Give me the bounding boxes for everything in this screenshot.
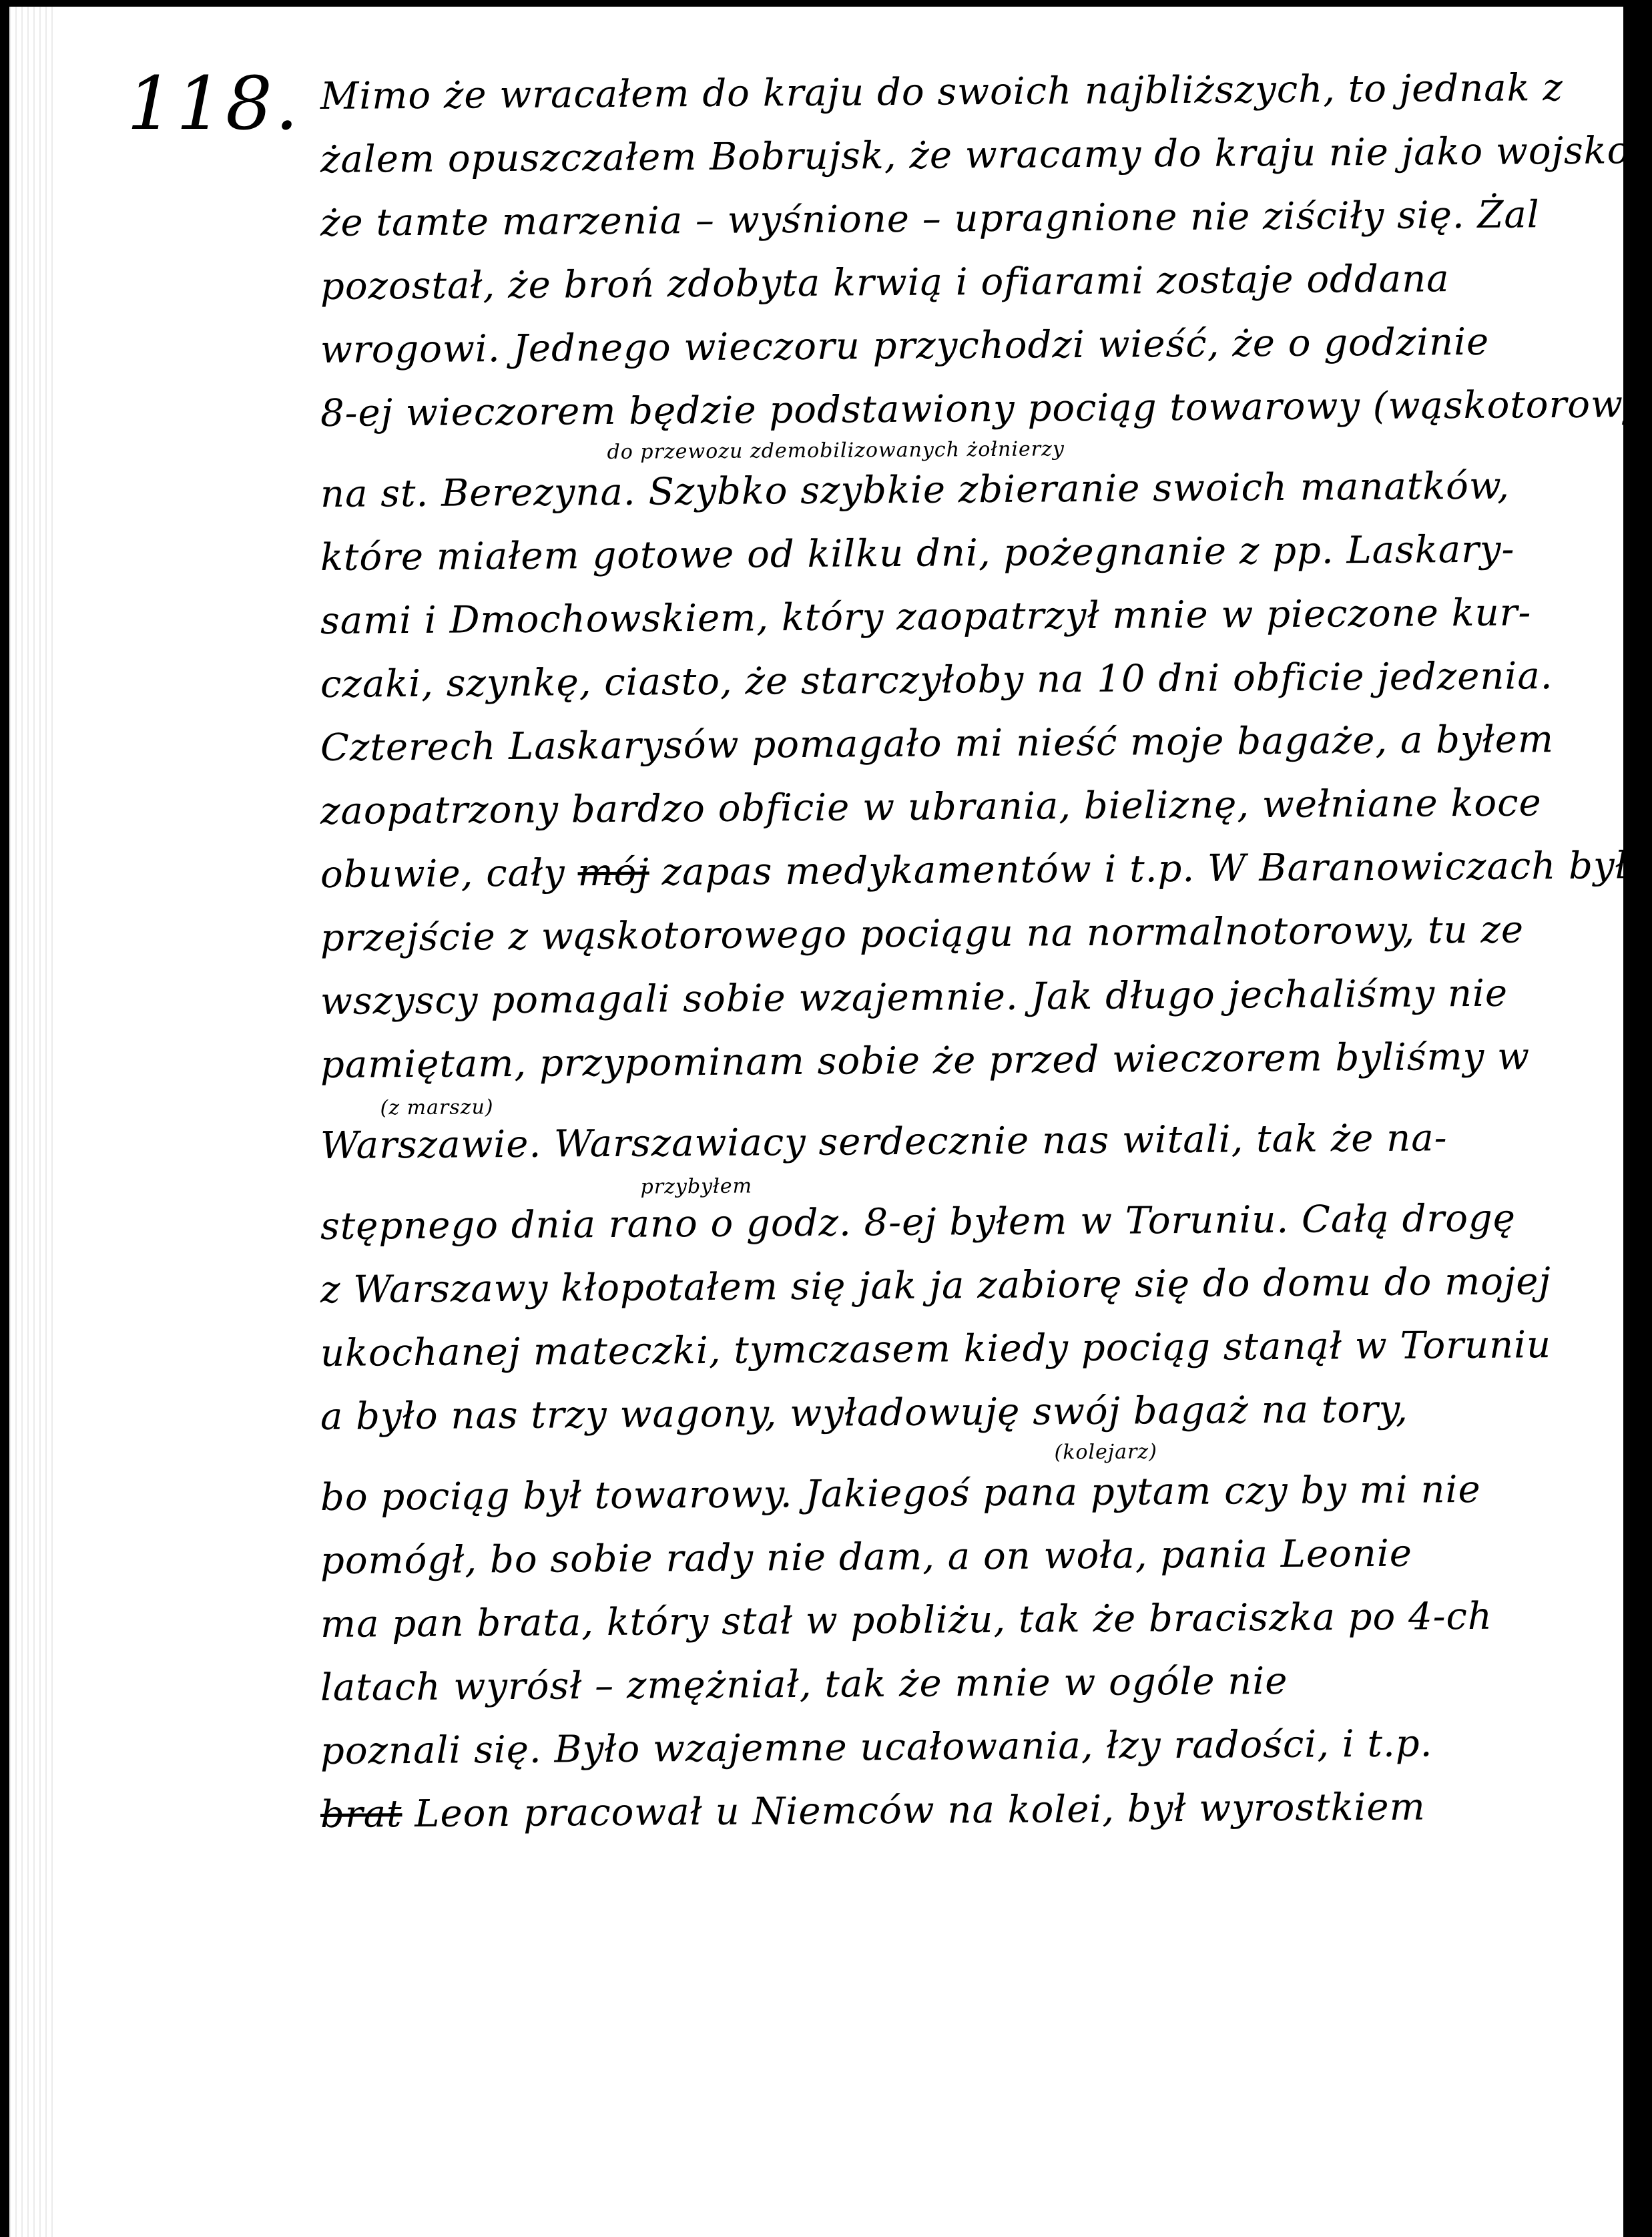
manuscript-line-annotated: przybyłem stępnego dnia rano o godz. 8-e…: [320, 1188, 1609, 1258]
manuscript-line-text: bo pociąg był towarowy. Jakiegoś pana py…: [320, 1468, 1481, 1519]
manuscript-line: pamiętam, przypominam sobie że przed wie…: [320, 1027, 1609, 1096]
manuscript-line: zaopatrzony bardzo obficie w ubrania, bi…: [320, 773, 1609, 842]
manuscript-line: ma pan brata, który stał w pobliżu, tak …: [320, 1586, 1609, 1656]
manuscript-line: Czterech Laskarysów pomagało mi nieść mo…: [320, 710, 1609, 779]
manuscript-line: pozostał, że broń zdobyta krwią i ofiara…: [320, 248, 1609, 318]
scan-border-top: [0, 0, 1652, 7]
manuscript-line: żalem opuszczałem Bobrujsk, że wracamy d…: [320, 121, 1609, 191]
manuscript-line: obuwie, cały mój zapas medykamentów i t.…: [320, 836, 1609, 906]
manuscript-line: przejście z wąskotorowego pociągu na nor…: [320, 900, 1609, 969]
manuscript-line: a było nas trzy wagony, wyładowuję swój …: [320, 1379, 1609, 1448]
manuscript-line: które miałem gotowe od kilku dni, pożegn…: [320, 519, 1609, 589]
manuscript-line: z Warszawy kłopotałem się jak ja zabiorę…: [320, 1252, 1609, 1321]
interlinear-annotation: do przewozu zdemobilizowanych żołnierzy: [607, 439, 1064, 463]
manuscript-line-text: stępnego dnia rano o godz. 8-ej byłem w …: [320, 1196, 1516, 1248]
manuscript-line-text: Warszawie. Warszawiacy serdecznie nas wi…: [320, 1116, 1448, 1168]
manuscript-line: ukochanej mateczki, tymczasem kiedy poci…: [320, 1315, 1609, 1385]
manuscript-line: że tamte marzenia – wyśnione – upragnion…: [320, 185, 1609, 254]
interlinear-annotation: (z marszu): [380, 1097, 493, 1118]
manuscript-line: 8-ej wieczorem będzie podstawiony pociąg…: [320, 375, 1609, 445]
manuscript-text: Mimo że wracałem do kraju do swoich najb…: [320, 67, 1609, 1848]
struck-word: brat: [320, 1792, 402, 1836]
manuscript-line-annotated: do przewozu zdemobilizowanych żołnierzy …: [320, 456, 1609, 525]
manuscript-line: wrogowi. Jednego wieczoru przychodzi wie…: [320, 312, 1609, 381]
page-number: 118.: [127, 67, 301, 140]
manuscript-line-text: na st. Berezyna. Szybko szybkie zbierani…: [320, 465, 1510, 516]
manuscript-line: Mimo że wracałem do kraju do swoich najb…: [320, 58, 1609, 128]
manuscript-line: brat Leon pracował u Niemców na kolei, b…: [320, 1776, 1609, 1846]
manuscript-line: sami i Dmochowskiem, który zaopatrzył mn…: [320, 583, 1609, 652]
manuscript-line: pomógł, bo sobie rady nie dam, a on woła…: [320, 1523, 1609, 1592]
manuscript-line-annotated: (z marszu) Warszawie. Warszawiacy serdec…: [320, 1107, 1609, 1177]
scan-border-left: [0, 0, 9, 2237]
scan-border-right: [1623, 0, 1652, 2237]
interlinear-annotation: (kolejarz): [1054, 1442, 1157, 1463]
manuscript-line-annotated: (kolejarz) bo pociąg był towarowy. Jakie…: [320, 1459, 1609, 1529]
interlinear-annotation: przybyłem: [640, 1176, 752, 1197]
struck-word: mój: [577, 851, 649, 895]
manuscript-line: wszyscy pomagali sobie wzajemnie. Jak dł…: [320, 963, 1609, 1033]
manuscript-line: poznali się. Było wzajemne ucałowania, ł…: [320, 1713, 1609, 1782]
manuscript-line: czaki, szynkę, ciasto, że starczyłoby na…: [320, 646, 1609, 716]
scan-binding-edge: [9, 7, 56, 2237]
manuscript-line: latach wyrósł – zmężniał, tak że mnie w …: [320, 1650, 1609, 1719]
